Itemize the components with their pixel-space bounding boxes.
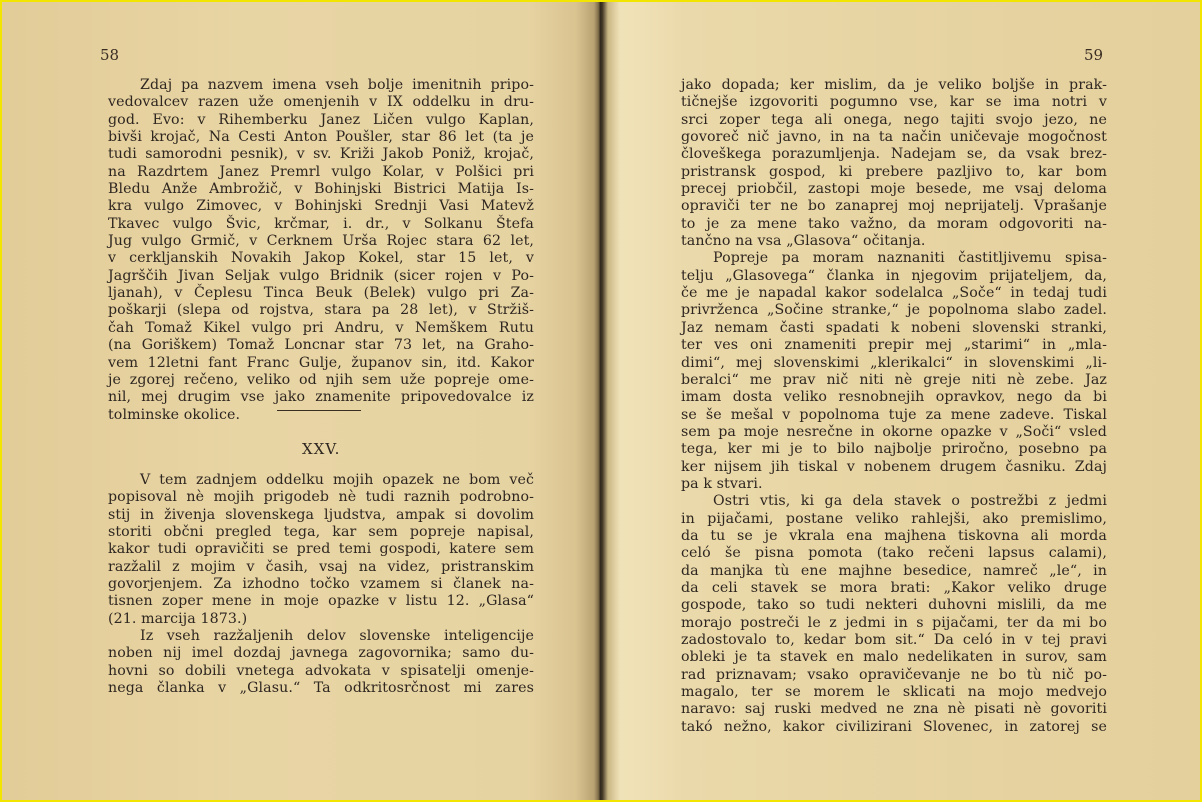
text-line: Jagrščih Jivan Seljak vulgo Bridnik (sic… xyxy=(108,268,534,285)
text-line: dimi“, mej slovenskimi „klerikalci“ in s… xyxy=(681,355,1107,372)
text-line: tisnen zoper mene in moje opazke v listu… xyxy=(108,593,534,610)
right-page: 59 jako dopada; ker mislim, da je veliko… xyxy=(602,2,1200,800)
text-line: ljanah), v Čeplesu Tinca Beuk (Belek) vu… xyxy=(108,285,534,302)
left-page: 58 Zdaj pa nazvem imena vseh bolje imeni… xyxy=(2,2,600,800)
text-line: pa k stvari. xyxy=(681,476,1107,493)
text-line: to je za mene tako važno, da moram odgov… xyxy=(681,216,1107,233)
right-page-text: jako dopada; ker mislim, da je veliko bo… xyxy=(681,77,1107,736)
text-line: in pijačami, postane veliko rahlejši, ak… xyxy=(681,511,1107,528)
page-number-right: 59 xyxy=(1084,46,1103,64)
text-line: pristransk gospod, ki prebere pazljivo t… xyxy=(681,164,1107,181)
text-line: telju „Glasovega“ članka in njegovim pri… xyxy=(681,268,1107,285)
text-line: hovni so dobili vnetega advokata v spisa… xyxy=(108,663,534,680)
text-line: magalo, ter se morem le sklicati na mojo… xyxy=(681,684,1107,701)
text-line: človeškega porazumljenja. Nadejam se, da… xyxy=(681,146,1107,163)
section-heading: XXV. xyxy=(302,440,340,458)
text-line: vem 12letni fant Franc Gulje, županov si… xyxy=(108,355,534,372)
text-line: Jaz nemam časti spadati k nobeni slovens… xyxy=(681,320,1107,337)
text-line: bivši krojač, Na Cesti Anton Poušler, st… xyxy=(108,129,534,146)
text-line: govorjenjem. Za izhodno točko vzamem si … xyxy=(108,576,534,593)
text-line: čah Tomaž Kikel vulgo pri Andru, v Nemšk… xyxy=(108,320,534,337)
left-page-text-top: Zdaj pa nazvem imena vseh bolje imenitni… xyxy=(108,77,534,424)
text-line: V tem zadnjem oddelku mojih opazek ne bo… xyxy=(108,472,534,489)
text-line: jako dopada; ker mislim, da je veliko bo… xyxy=(681,77,1107,94)
text-line: storiti občni pregled tega, kar sem popr… xyxy=(108,524,534,541)
book-spread: 58 Zdaj pa nazvem imena vseh bolje imeni… xyxy=(2,2,1200,800)
text-line: (21. marcija 1873.) xyxy=(108,611,534,628)
text-line: se še mešal v popolnoma tuje za mene zad… xyxy=(681,407,1107,424)
text-line: popisoval nè mojih prigodeb nè tudi razn… xyxy=(108,489,534,506)
text-line: rad priznavam; vsako opravičevanje ne bo… xyxy=(681,667,1107,684)
text-line: tičnejše izgovoriti pogumno vse, kar se … xyxy=(681,94,1107,111)
text-line: Popreje pa moram naznaniti častitljivemu… xyxy=(681,250,1107,267)
text-line: na Razdrtem Janez Premrl vulgo Kolar, v … xyxy=(108,164,534,181)
text-line: stij in živenja slovenskega ljudstva, am… xyxy=(108,507,534,524)
text-line: nil, mej drugim vse jako znamenite pripo… xyxy=(108,389,534,406)
left-page-text-bottom: V tem zadnjem oddelku mojih opazek ne bo… xyxy=(108,472,534,697)
text-line: (na Goriškem) Tomaž Loncnar star 73 let,… xyxy=(108,337,534,354)
text-line: noben nij imel dozdaj javnega zagovornik… xyxy=(108,645,534,662)
text-line: zadostovalo to, kedar bom sit.“ Da celó … xyxy=(681,632,1107,649)
text-line: Zdaj pa nazvem imena vseh bolje imenitni… xyxy=(108,77,534,94)
text-line: Ostri vtis, ki ga dela stavek o postrežb… xyxy=(681,493,1107,510)
text-line: poškarji (slepa od rojstva, stara pa 28 … xyxy=(108,302,534,319)
text-line: da manjka tù ene majhne besedice, namreč… xyxy=(681,563,1107,580)
text-line: sem pa moje nesrečne in okorne opazke v … xyxy=(681,424,1107,441)
text-line: Bledu Anže Ambrožič, v Bohinjski Bistric… xyxy=(108,181,534,198)
text-line: tega, ker mi je to bilo najbolje priročn… xyxy=(681,441,1107,458)
text-line: Iz vseh razžaljenih delov slovenske inte… xyxy=(108,628,534,645)
page-number-left: 58 xyxy=(100,46,119,64)
text-line: tudi samorodni pesnik), v sv. Križi Jako… xyxy=(108,146,534,163)
text-line: kakor tudi opravičiti se pred temi gospo… xyxy=(108,541,534,558)
text-line: obleki je ta stavek en malo nedelikaten … xyxy=(681,649,1107,666)
text-line: celó še pisna pomota (tako rečeni lapsus… xyxy=(681,545,1107,562)
text-line: tančno na vsa „Glasova“ očitanja. xyxy=(681,233,1107,250)
text-line: nega članka v „Glasu.“ Ta odkritosrčnost… xyxy=(108,680,534,697)
text-line: razžalil z mojim v časih, vsaj na videz,… xyxy=(108,559,534,576)
text-line: opraviči ter ne bo zanaprej moj neprijat… xyxy=(681,198,1107,215)
text-line: ker nijsem jih tiskal v nobenem drugem č… xyxy=(681,459,1107,476)
text-line: kra vulgo Zimovec, v Bohinjski Srednji V… xyxy=(108,198,534,215)
text-line: imam dosta veliko resnobnejih opravkov, … xyxy=(681,389,1107,406)
section-divider-rule xyxy=(277,410,361,411)
text-line: beralci“ me prav nič niti nè greje niti … xyxy=(681,372,1107,389)
text-line: god. Evo: v Rihemberku Janez Ličen vulgo… xyxy=(108,112,534,129)
text-line: govoreč nič javno, in na ta način uničev… xyxy=(681,129,1107,146)
text-line: naravo: saj ruski medved ne zna nè pisat… xyxy=(681,701,1107,718)
text-line: da celi stavek se mora brati: „Kakor vel… xyxy=(681,580,1107,597)
text-line: srci zoper tega ali onega, nego tajiti s… xyxy=(681,112,1107,129)
text-line: takó nežno, kakor civilizirani Slovenec,… xyxy=(681,719,1107,736)
text-line: v cerkljanskih Novakih Jakop Kokel, star… xyxy=(108,250,534,267)
text-line: vedovalcev razen uže omenjenih v IX odde… xyxy=(108,94,534,111)
text-line: Tkavec vulgo Švic, krčmar, i. dr., v Sol… xyxy=(108,216,534,233)
text-line: ter ves oni znameniti prepir mej „starim… xyxy=(681,337,1107,354)
text-line: gospode, tako so tudi nekteri duhovni mi… xyxy=(681,597,1107,614)
text-line: morajo postreči le z jedmi in s pijačami… xyxy=(681,615,1107,632)
text-line: Jug vulgo Grmič, v Cerknem Urša Rojec st… xyxy=(108,233,534,250)
text-line: je zgorej rečeno, veliko od njih sem uže… xyxy=(108,372,534,389)
text-line: da tu se je vkrala ena majhena tiskovna … xyxy=(681,528,1107,545)
text-line: če me je napadal kakor sodelalca „Soče“ … xyxy=(681,285,1107,302)
text-line: precej priobčil, zastopi moje besede, me… xyxy=(681,181,1107,198)
text-line: privrženca „Sočine stranke,“ je popolnom… xyxy=(681,302,1107,319)
